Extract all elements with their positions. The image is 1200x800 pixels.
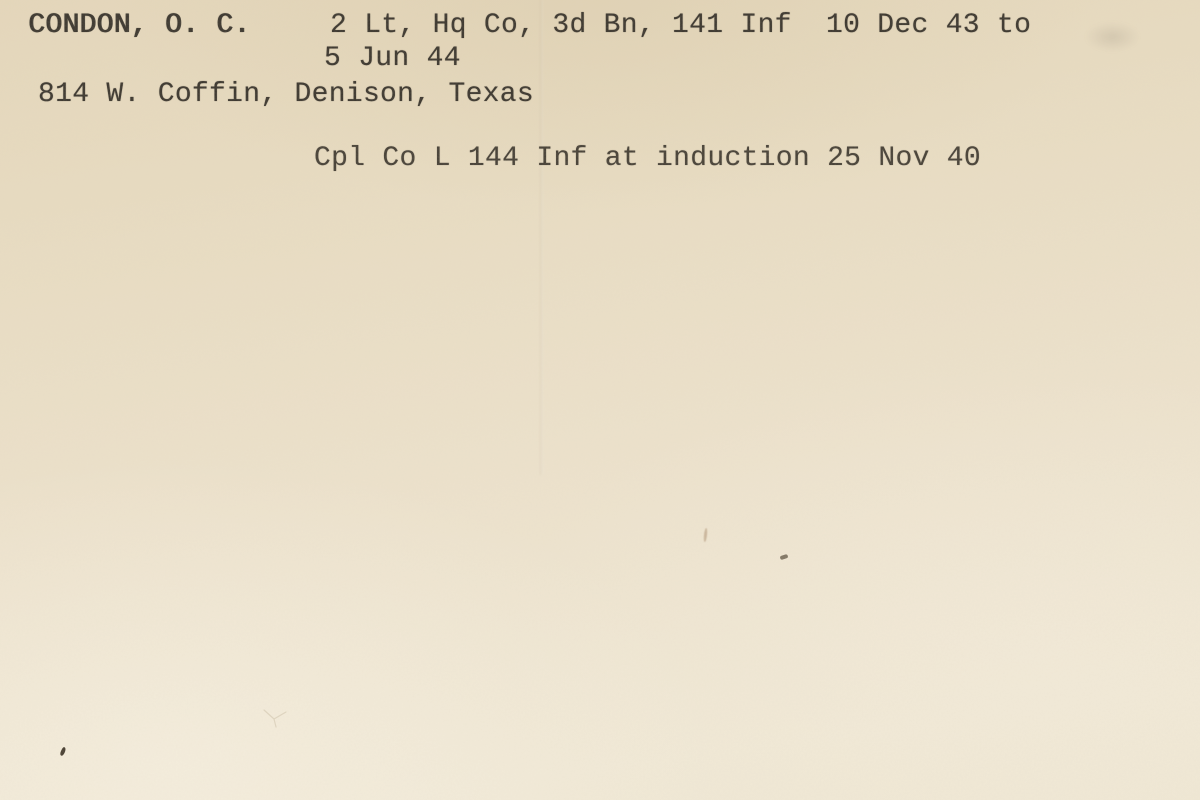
paper-fiber-mark — [703, 528, 707, 542]
ink-speck — [59, 747, 66, 757]
index-card: CONDON, O. C. 2 Lt, Hq Co, 3d Bn, 141 In… — [0, 0, 1200, 800]
ink-speck — [780, 554, 789, 560]
paper-smudge — [1085, 22, 1140, 52]
address-line: 814 W. Coffin, Denison, Texas — [38, 79, 534, 111]
paper-crease — [540, 0, 543, 475]
name-field: CONDON, O. C. — [28, 10, 250, 42]
paper-grain-texture — [0, 0, 1200, 800]
date-continuation-line: 5 Jun 44 — [324, 43, 461, 75]
rank-unit-dates-line: 2 Lt, Hq Co, 3d Bn, 141 Inf 10 Dec 43 to — [330, 10, 1031, 42]
paper-fiber-mark — [262, 708, 288, 728]
induction-note-line: Cpl Co L 144 Inf at induction 25 Nov 40 — [314, 143, 981, 175]
